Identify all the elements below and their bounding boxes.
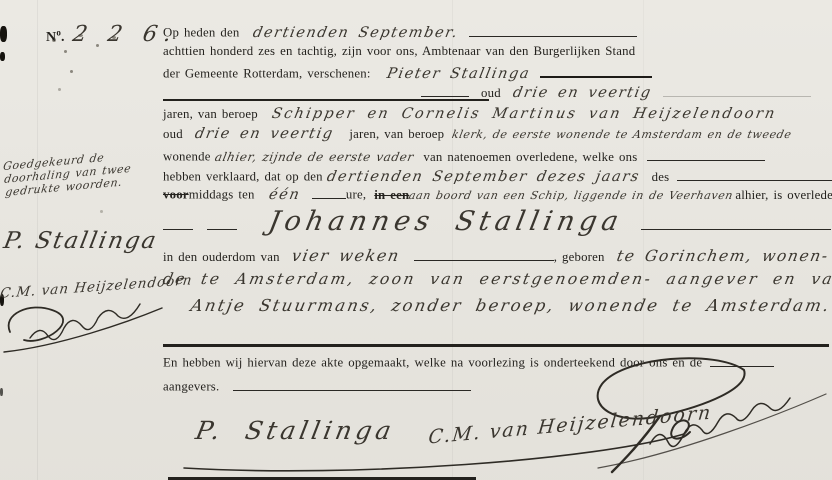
- handwritten-declarant-name: Pieter Stallinga: [385, 66, 531, 82]
- printed-text: wonende: [163, 150, 211, 164]
- printed-text: aangevers.: [163, 380, 219, 394]
- struck-printed-word: voor: [163, 188, 189, 202]
- act-line-age-2: oud drie en veertig jaren, van beroep kl…: [163, 125, 829, 143]
- ruled-line: [207, 215, 237, 230]
- printed-text: jaren, van beroep: [349, 127, 444, 141]
- ruled-line: [469, 22, 637, 37]
- margin-approval-note: Goedgekeurd de doorhaling van twee gedru…: [3, 146, 164, 199]
- act-line-mother: Antje Stuurmans, zonder beroep, wonende …: [163, 296, 829, 316]
- ruled-line: [647, 146, 765, 161]
- death-certificate-scan: No. 2 2 6. Goedgekeurd de doorhaling van…: [0, 0, 832, 480]
- printed-text: jaren, van beroep: [163, 107, 258, 121]
- margin-signature-declarant-1: P. Stallinga: [4, 228, 157, 254]
- act-line-parentage-1: de te Amsterdam, zoon van eerstgenoemden…: [163, 270, 829, 289]
- act-line-declarant-1: der Gemeente Rotterdam, verschenen: Piet…: [163, 62, 829, 83]
- handwritten-date: dertienden September.: [252, 25, 460, 41]
- ruled-line: [233, 376, 471, 391]
- printed-text: oud: [163, 127, 183, 141]
- printed-text: oud: [481, 86, 501, 100]
- ruled-line: [312, 184, 346, 199]
- handwritten-death-place: aan boord van een Schip, liggende in de …: [408, 189, 735, 202]
- act-line-profession-1: jaren, van beroep Schipper en Cornelis M…: [163, 105, 829, 123]
- ruled-line: [540, 62, 652, 78]
- printed-text: ure,: [346, 188, 366, 202]
- handwritten-hour: één: [267, 187, 301, 203]
- handwritten-age-2: drie en veertig: [193, 126, 335, 142]
- ruled-line: [414, 246, 554, 261]
- printed-text: Op heden den: [163, 26, 239, 40]
- handwritten-parentage: de te Amsterdam, zoon van eerstgenoemden…: [161, 270, 832, 288]
- ruled-line-faint: [663, 82, 811, 97]
- act-line-death-date: hebben verklaard, dat op den dertienden …: [163, 166, 829, 186]
- struck-printed-words: in een: [374, 188, 409, 202]
- handwritten-mother-name: Antje Stuurmans, zonder beroep, wonende …: [189, 296, 832, 315]
- printed-text: des: [652, 170, 670, 184]
- ruled-line: [641, 215, 831, 230]
- ink-blot: [0, 26, 7, 42]
- act-line-death-time-place: voormiddags ten één ure, in eenaan boord…: [163, 184, 829, 204]
- handwritten-residence: alhier, zijnde de eerste vader: [213, 150, 415, 164]
- handwritten-death-date: dertienden September dezes jaars: [325, 169, 641, 185]
- printed-text: hebben verklaard, dat op den: [163, 170, 323, 184]
- signature-flourish: [176, 428, 716, 478]
- act-number-label: No.: [46, 30, 65, 45]
- margin-registrar-signature: [0, 300, 165, 358]
- printed-text: alhier, is overleden:: [735, 188, 832, 202]
- printed-text: in den ouderdom van: [163, 250, 280, 264]
- printed-text: van natenoemen overledene, welke ons: [423, 150, 637, 164]
- handwritten-deceased-age: vier weken: [290, 246, 402, 265]
- printed-text: achttien honderd zes en tachtig, zijn vo…: [163, 44, 635, 58]
- act-line-residence: wonende alhier, zijnde de eerste vader v…: [163, 146, 829, 166]
- ink-blot: [0, 388, 3, 396]
- handwritten-birthplace: te Gorinchem, wonen-: [615, 247, 830, 265]
- act-line-age-of-deceased: in den ouderdom van vier weken , geboren…: [163, 246, 829, 266]
- ruled-line: [421, 82, 469, 97]
- handwritten-deceased-name: Johannes Stallinga: [266, 206, 626, 237]
- ruled-line: [677, 166, 832, 181]
- handwritten-profession-residence: klerk, de eerste wonende te Amsterdam en…: [451, 128, 793, 141]
- act-line-deceased-name: Johannes Stallinga: [163, 206, 829, 237]
- act-line-year: achttien honderd zes en tachtig, zijn vo…: [163, 42, 829, 60]
- section-rule: [163, 344, 829, 347]
- ruled-line: [163, 215, 193, 230]
- section-rule: [163, 99, 489, 101]
- act-number-block: No. 2 2 6.: [46, 22, 178, 47]
- printed-text: der Gemeente Rotterdam, verschenen:: [163, 67, 371, 81]
- act-line-date-intro: Op heden den dertienden September.: [163, 22, 829, 42]
- handwritten-age: drie en veertig: [511, 85, 653, 101]
- printed-text: middags ten: [189, 188, 255, 202]
- ink-blot: [0, 52, 5, 61]
- printed-text: , geboren: [554, 250, 605, 264]
- handwritten-profession-declarant-2: Schipper en Cornelis Martinus van Heijze…: [270, 106, 778, 122]
